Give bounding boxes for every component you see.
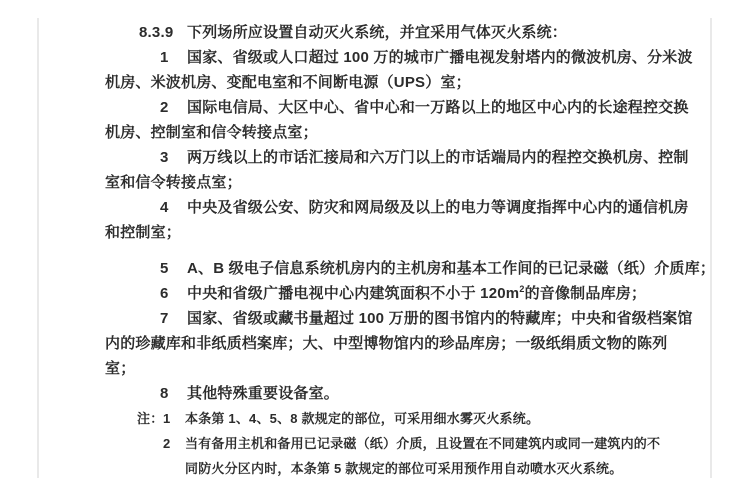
item-text: 机房、控制室和信令转接点室； <box>105 124 318 141</box>
note-line-2-cont: 同防火分区内时，本条第 5 款规定的部位可采用预作用自动喷水灭火系统。 <box>105 456 673 481</box>
item-text: 国家、省级或藏书量超过 100 万册的图书馆内的特藏库；中央和省级档案馆 <box>187 310 693 327</box>
item-text: 国家、省级或人口超过 100 万的城市广播电视发射塔内的微波机房、分米波 <box>187 49 693 66</box>
item-number: 5 <box>160 256 187 281</box>
item-text: 中央和省级广播电视中心内建筑面积不小于 120m <box>187 285 519 302</box>
item-line-6: 6中央和省级广播电视中心内建筑面积不小于 120m2的音像制品库房； <box>105 281 673 306</box>
item-text: 两万线以上的市话汇接局和六万门以上的市话端局内的程控交换机房、控制 <box>187 149 689 166</box>
document-page: 8.3.9下列场所应设置自动灭火系统，并宜采用气体灭火系统： 1国家、省级或人口… <box>37 18 712 478</box>
item-text: 国际电信局、大区中心、省中心和一万路以上的地区中心内的长途程控交换 <box>187 99 689 116</box>
note-number: 1 <box>163 406 185 431</box>
item-text: 室和信令转接点室； <box>105 174 242 191</box>
item-text: 的音像制品库房； <box>525 285 647 302</box>
item-line-3-cont: 室和信令转接点室； <box>105 170 673 195</box>
item-line-8: 8其他特殊重要设备室。 <box>105 381 673 406</box>
item-line-7-cont-2: 室； <box>105 356 673 381</box>
item-line-7: 7国家、省级或藏书量超过 100 万册的图书馆内的特藏库；中央和省级档案馆 <box>105 306 673 331</box>
note-line-1: 注：1本条第 1、4、5、8 款规定的部位，可采用细水雾灭火系统。 <box>105 406 673 431</box>
item-line-2: 2国际电信局、大区中心、省中心和一万路以上的地区中心内的长途程控交换 <box>105 95 673 120</box>
item-number: 2 <box>160 95 187 120</box>
item-text: 室； <box>105 360 135 377</box>
item-text: 机房、米波机房、变配电室和不间断电源（UPS）室； <box>105 74 471 91</box>
item-line-5: 5A、B 级电子信息系统机房内的主机房和基本工作间的已记录磁（纸）介质库； <box>105 256 673 281</box>
item-line-4: 4中央及省级公安、防灾和网局级及以上的电力等调度指挥中心内的通信机房 <box>105 195 673 220</box>
item-number: 1 <box>160 45 187 70</box>
note-text: 本条第 1、4、5、8 款规定的部位，可采用细水雾灭火系统。 <box>185 411 539 426</box>
note-line-2: 2当有备用主机和备用已记录磁（纸）介质，且设置在不同建筑内或同一建筑内的不 <box>105 431 673 456</box>
document-viewer: 8.3.9下列场所应设置自动灭火系统，并宜采用气体灭火系统： 1国家、省级或人口… <box>0 0 750 500</box>
item-number: 4 <box>160 195 187 220</box>
note-text: 当有备用主机和备用已记录磁（纸）介质，且设置在不同建筑内或同一建筑内的不 <box>185 436 660 451</box>
item-number: 7 <box>160 306 187 331</box>
item-number: 3 <box>160 145 187 170</box>
item-line-4-cont: 和控制室； <box>105 220 673 245</box>
item-text: A、B 级电子信息系统机房内的主机房和基本工作间的已记录磁（纸）介质库； <box>187 260 715 277</box>
item-line-3: 3两万线以上的市话汇接局和六万门以上的市话端局内的程控交换机房、控制 <box>105 145 673 170</box>
item-number: 8 <box>160 381 187 406</box>
note-label: 注： <box>137 406 163 431</box>
item-line-1: 1国家、省级或人口超过 100 万的城市广播电视发射塔内的微波机房、分米波 <box>105 45 673 70</box>
note-number: 2 <box>163 431 185 456</box>
note-text: 同防火分区内时，本条第 5 款规定的部位可采用预作用自动喷水灭火系统。 <box>185 461 622 476</box>
item-line-2-cont: 机房、控制室和信令转接点室； <box>105 120 673 145</box>
item-line-7-cont-1: 内的珍藏库和非纸质档案库；大、中型博物馆内的珍品库房；一级纸绢质文物的陈列 <box>105 331 673 356</box>
item-number: 6 <box>160 281 187 306</box>
item-text: 其他特殊重要设备室。 <box>187 385 339 402</box>
clause-number: 8.3.9 <box>139 20 187 45</box>
item-text: 和控制室； <box>105 224 181 241</box>
clause-text-block: 8.3.9下列场所应设置自动灭火系统，并宜采用气体灭火系统： 1国家、省级或人口… <box>105 20 673 481</box>
item-line-1-cont: 机房、米波机房、变配电室和不间断电源（UPS）室； <box>105 70 673 95</box>
item-text: 内的珍藏库和非纸质档案库；大、中型博物馆内的珍品库房；一级纸绢质文物的陈列 <box>105 335 667 352</box>
clause-heading: 8.3.9下列场所应设置自动灭火系统，并宜采用气体灭火系统： <box>105 20 673 45</box>
clause-title: 下列场所应设置自动灭火系统，并宜采用气体灭火系统： <box>187 24 567 41</box>
item-text: 中央及省级公安、防灾和网局级及以上的电力等调度指挥中心内的通信机房 <box>187 199 689 216</box>
